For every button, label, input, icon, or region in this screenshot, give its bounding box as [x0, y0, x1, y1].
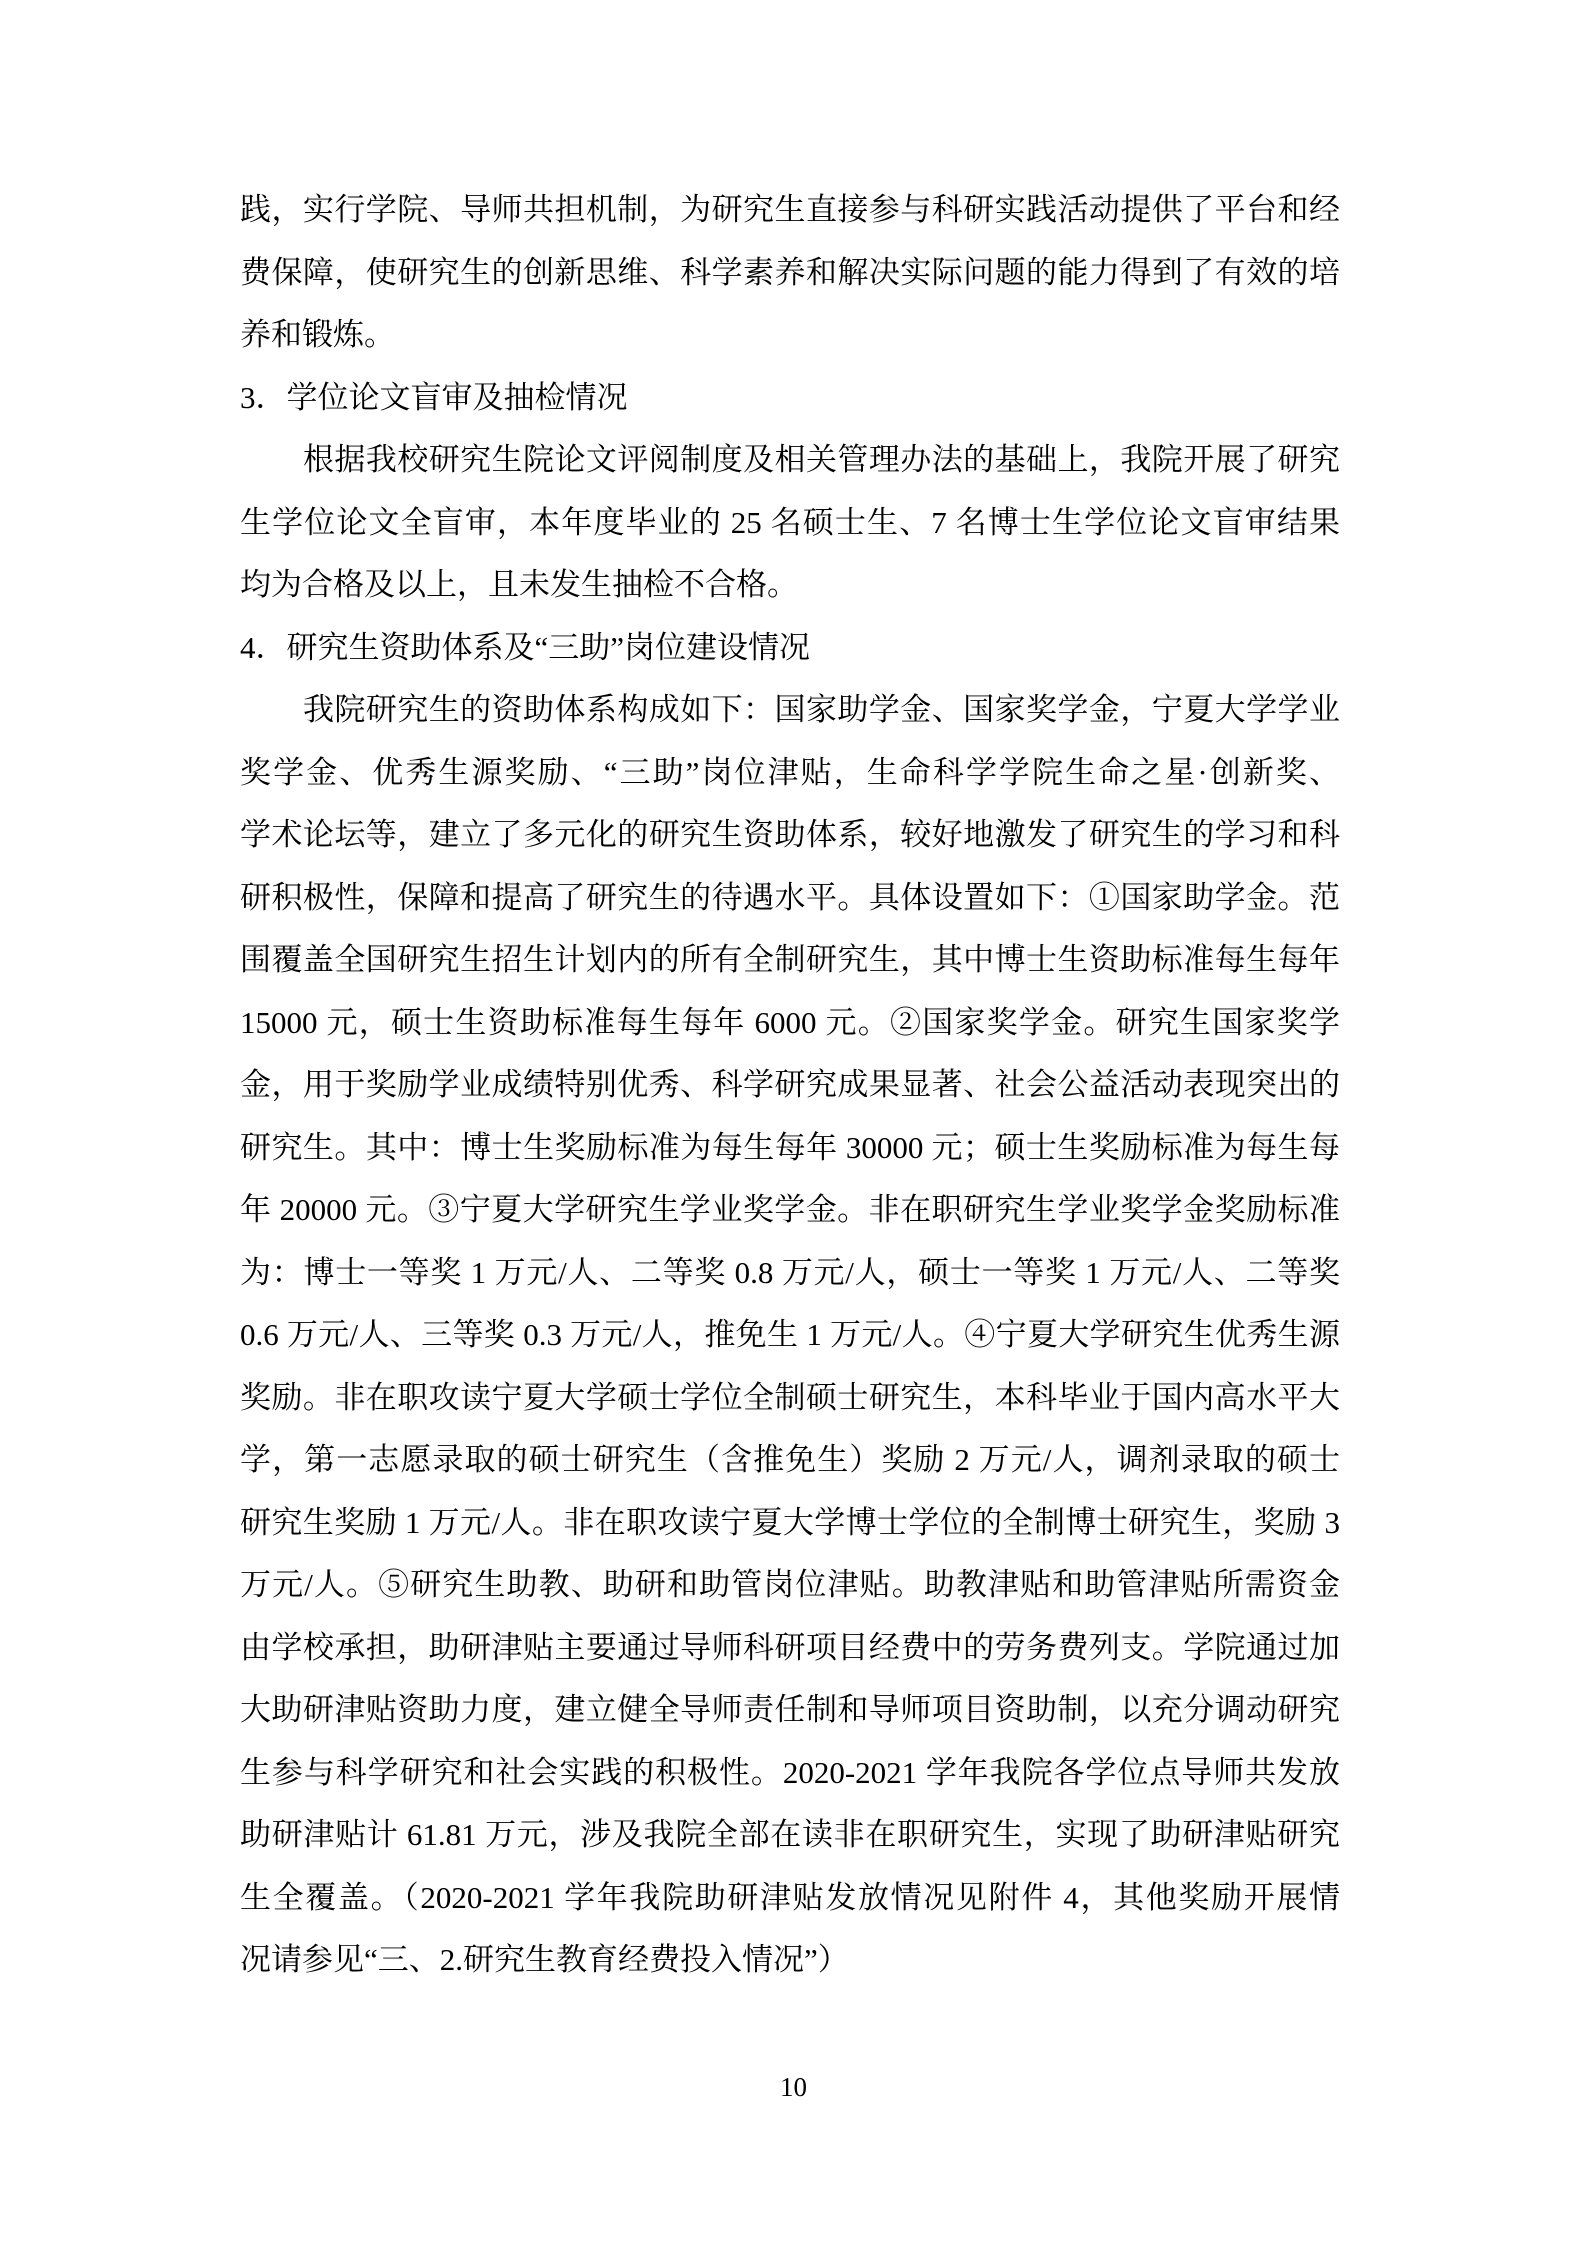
- text-line: 学，第一志愿录取的硕士研究生（含推免生）奖励 2 万元/人，调剂录取的硕士: [240, 1429, 1340, 1492]
- text-line: 奖励。非在职攻读宁夏大学硕士学位全制硕士研究生，本科毕业于国内高水平大: [240, 1367, 1340, 1430]
- text-line: 根据我校研究生院论文评阅制度及相关管理办法的基础上，我院开展了研究: [240, 429, 1340, 492]
- text-line: 研究生奖励 1 万元/人。非在职攻读宁夏大学博士学位的全制博士研究生，奖励 3: [240, 1492, 1340, 1555]
- text-line: 助研津贴计 61.81 万元，涉及我院全部在读非在职研究生，实现了助研津贴研究: [240, 1804, 1340, 1867]
- text-line: 况请参见“三、2.研究生教育经费投入情况”）: [240, 1929, 1340, 1992]
- document-body: 践，实行学院、导师共担机制，为研究生直接参与科研实践活动提供了平台和经费保障，使…: [240, 179, 1340, 1992]
- text-line: 研积极性，保障和提高了研究生的待遇水平。具体设置如下：①国家助学金。范: [240, 867, 1340, 930]
- section-heading: 4．研究生资助体系及“三助”岗位建设情况: [240, 617, 1340, 680]
- text-line: 大助研津贴资助力度，建立健全导师责任制和导师项目资助制，以充分调动研究: [240, 1679, 1340, 1742]
- text-line: 践，实行学院、导师共担机制，为研究生直接参与科研实践活动提供了平台和经: [240, 179, 1340, 242]
- text-line: 0.6 万元/人、三等奖 0.3 万元/人，推免生 1 万元/人。④宁夏大学研究…: [240, 1304, 1340, 1367]
- page-number: 10: [0, 2072, 1587, 2102]
- text-line: 奖学金、优秀生源奖励、“三助”岗位津贴，生命科学学院生命之星·创新奖、: [240, 742, 1340, 805]
- text-line: 万元/人。⑤研究生助教、助研和助管岗位津贴。助教津贴和助管津贴所需资金: [240, 1554, 1340, 1617]
- text-line: 围覆盖全国研究生招生计划内的所有全制研究生，其中博士生资助标准每生每年: [240, 929, 1340, 992]
- text-line: 由学校承担，助研津贴主要通过导师科研项目经费中的劳务费列支。学院通过加: [240, 1617, 1340, 1680]
- text-line: 金，用于奖励学业成绩特别优秀、科学研究成果显著、社会公益活动表现突出的: [240, 1054, 1340, 1117]
- document-page: 践，实行学院、导师共担机制，为研究生直接参与科研实践活动提供了平台和经费保障，使…: [0, 0, 1587, 2245]
- text-line: 生全覆盖。（2020-2021 学年我院助研津贴发放情况见附件 4，其他奖励开展…: [240, 1867, 1340, 1930]
- text-line: 生参与科学研究和社会实践的积极性。2020-2021 学年我院各学位点导师共发放: [240, 1742, 1340, 1805]
- text-line: 年 20000 元。③宁夏大学研究生学业奖学金。非在职研究生学业奖学金奖励标准: [240, 1179, 1340, 1242]
- text-line: 生学位论文全盲审，本年度毕业的 25 名硕士生、7 名博士生学位论文盲审结果: [240, 492, 1340, 555]
- text-line: 15000 元，硕士生资助标准每生每年 6000 元。②国家奖学金。研究生国家奖…: [240, 992, 1340, 1055]
- text-line: 研究生。其中：博士生奖励标准为每生每年 30000 元；硕士生奖励标准为每生每: [240, 1117, 1340, 1180]
- text-line: 均为合格及以上，且未发生抽检不合格。: [240, 554, 1340, 617]
- section-heading: 3．学位论文盲审及抽检情况: [240, 367, 1340, 430]
- text-line: 费保障，使研究生的创新思维、科学素养和解决实际问题的能力得到了有效的培: [240, 242, 1340, 305]
- text-line: 我院研究生的资助体系构成如下：国家助学金、国家奖学金，宁夏大学学业: [240, 679, 1340, 742]
- text-line: 为：博士一等奖 1 万元/人、二等奖 0.8 万元/人，硕士一等奖 1 万元/人…: [240, 1242, 1340, 1305]
- text-line: 养和锻炼。: [240, 304, 1340, 367]
- text-line: 学术论坛等，建立了多元化的研究生资助体系，较好地激发了研究生的学习和科: [240, 804, 1340, 867]
